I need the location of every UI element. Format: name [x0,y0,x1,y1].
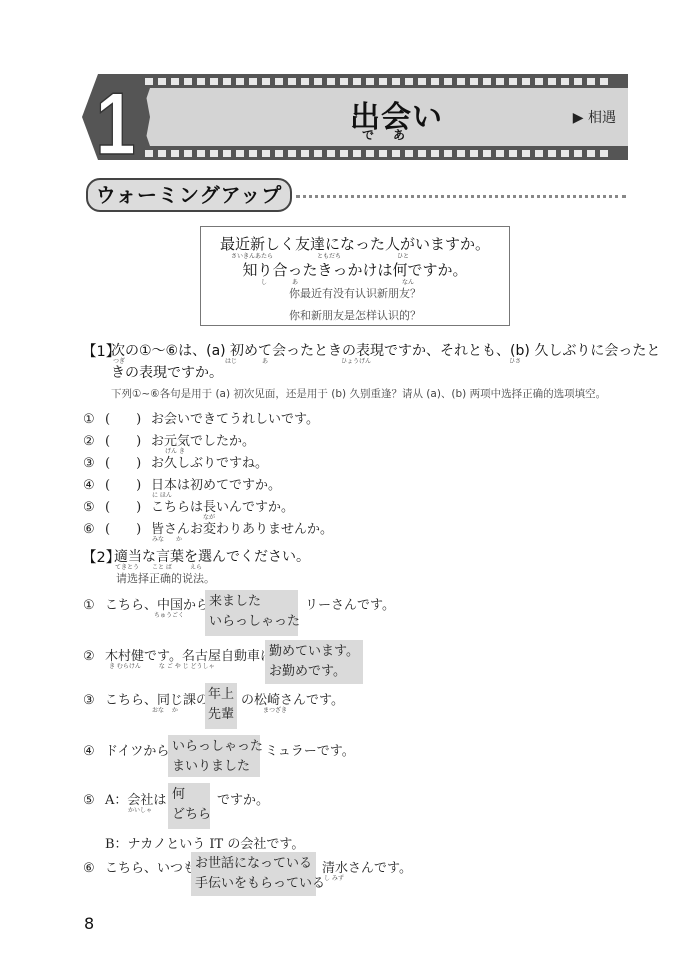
exercise1-item: ①( )お会いできてうれしいです。 [83,408,319,427]
choice-box: 何 どちら [168,783,210,829]
section1-instruction: 下列①~⑥各句是用于 (a) 初次见面，还是用于 (b) 久别重逢？请从 (a)… [111,386,606,401]
section2-heading: 適当な言葉を選んでください。 [114,546,310,566]
question-cn-2: 你和新朋友是怎样认识的？ [201,307,509,323]
dotted-divider [296,195,626,198]
exercise2-item-text: ③こちら、同じ課の [83,689,209,708]
exercise2-reply: B：ナカノという IT の会社です。 [105,833,304,852]
choice-option[interactable]: 先輩 [208,705,234,725]
choice-box: 年上 先輩 [205,683,237,729]
exercise1-item: ④( )日本は初めてですか。 [83,474,281,493]
choice-box: 来ました いらっしゃった [205,590,298,636]
choice-option[interactable]: 勤めています。 [269,642,359,662]
film-strip-bottom [140,148,628,158]
exercise2-item-text: ①こちら、中国から [83,594,209,613]
section2-instruction: 请选择正确的说法。 [116,570,215,586]
choice-option[interactable]: どちら [172,805,206,825]
choice-box: お世話になっている 手伝いをもらっている [191,852,316,896]
question-cn-1: 你最近有没有认识新朋友？ [201,285,509,301]
choice-box: 勤めています。 お勤めです。 [265,640,363,684]
choice-option[interactable]: 手伝いをもらっている [195,874,312,894]
choice-option[interactable]: いらっしゃった [172,737,256,757]
answer-blank[interactable]: ( ) [105,496,151,515]
page-number: 8 [84,914,94,933]
choice-option[interactable]: いらっしゃった [209,612,294,632]
exercise2-item-text: ④ドイツから [83,740,169,759]
section1-heading-line2: きの表現ですか。 [111,362,223,382]
answer-blank[interactable]: ( ) [105,452,151,471]
film-strip-top [140,76,628,86]
exercise1-item: ⑥( )皆さんお変わりありませんか。 [83,518,333,537]
chapter-title-ruby: で [362,126,374,143]
exercise1-item: ③( )お久しぶりですね。 [83,452,268,471]
warming-up-question-box: 最近新しく友達になった人がいますか。 さいきんあたら ともだち ひと 知り合った… [200,226,510,326]
choice-option[interactable]: 年上 [208,685,234,705]
choice-option[interactable]: 来ました [209,592,294,612]
answer-blank[interactable]: ( ) [105,430,151,449]
chapter-banner: 出会い で あ ▶ 相遇 [140,74,628,160]
chapter-number-hexagon: 1 [82,74,150,160]
chapter-chinese-label: ▶ 相遇 [573,107,616,127]
exercise2-item-text: ⑥こちら、いつも [83,857,196,876]
chapter-number: 1 [96,75,136,160]
chapter-title-ruby: あ [393,126,405,143]
exercise1-item: ⑤( )こちらは長いんですか。 [83,496,294,515]
choice-box: いらっしゃった まいりました [168,735,260,777]
choice-option[interactable]: まいりました [172,757,256,777]
section1-heading-line1: 次の①～⑥は、(a) 初めて会ったときの表現ですか、それとも、(b) 久しぶりに… [111,340,660,360]
choice-option[interactable]: お勤めです。 [269,662,359,682]
answer-blank[interactable]: ( ) [105,518,151,537]
question-jp-2: 知り合ったきっかけは何ですか。 [201,259,509,280]
choice-option[interactable]: 何 [172,785,206,805]
warming-up-label: ウォーミングアップ [86,178,292,212]
exercise2-item-text: ⑤A：会社は [83,789,166,808]
answer-blank[interactable]: ( ) [105,474,151,493]
choice-option[interactable]: お世話になっている [195,854,312,874]
answer-blank[interactable]: ( ) [105,408,151,427]
